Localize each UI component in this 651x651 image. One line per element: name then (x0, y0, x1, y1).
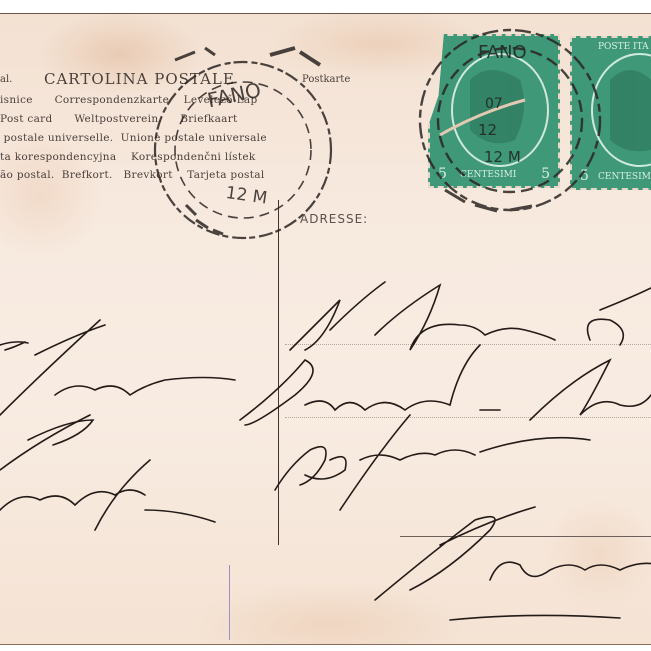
svg-text:FANO: FANO (478, 42, 527, 63)
ink-overlay: FANO 12 M FANO 07 12 12 M (0, 0, 651, 651)
svg-text:12 M: 12 M (224, 183, 268, 209)
handwriting-address (240, 282, 651, 620)
handwriting-message (0, 320, 235, 530)
svg-text:12: 12 (478, 121, 497, 139)
postmark-icon: FANO 12 M (155, 48, 331, 238)
svg-text:07: 07 (485, 96, 503, 112)
svg-text:FANO: FANO (205, 78, 263, 113)
svg-text:12 M: 12 M (484, 148, 521, 166)
